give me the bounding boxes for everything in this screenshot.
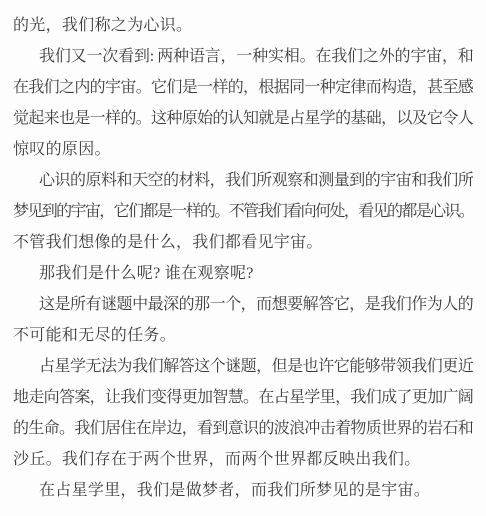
text-line: 惊叹的原因。: [13, 134, 473, 165]
text-line: 在占星学里，我们是做梦者，而我们所梦见的是宇宙。: [13, 475, 473, 506]
text-line: 占星学无法为我们解答这个谜题，但是也许它能够带领我们更近: [13, 351, 473, 382]
text-line: 不管我们想像的是什么，我们都看见宇宙。: [13, 227, 473, 258]
text-line: 地走向答案，让我们变得更加智慧。在占星学里，我们成了更加广阔: [13, 382, 473, 413]
text-line: 在我们之内的宇宙。它们是一样的，根据同一种定律而构造，甚至感: [13, 72, 473, 103]
text-line: 沙丘。我们存在于两个世界，而两个世界都反映出我们。: [13, 444, 473, 475]
text-line: 不可能和无尽的任务。: [13, 320, 473, 351]
text-line: 这是所有谜题中最深的那一个，而想要解答它，是我们作为人的: [13, 289, 473, 320]
text-line: 的光，我们称之为心识。: [13, 10, 473, 41]
text-line: 心识的原料和天空的材料，我们所观察和测量到的宇宙和我们所: [13, 165, 473, 196]
text-line: 觉起来也是一样的。这种原始的认知就是占星学的基础，以及它令人: [13, 103, 473, 134]
text-line: 那我们是什么呢? 谁在观察呢?: [13, 258, 473, 289]
document-page: 的光，我们称之为心识。 我们又一次看到: 两种语言，一种实相。在我们之外的宇宙，…: [0, 0, 486, 516]
text-line: 的生命。我们居住在岸边，看到意识的波浪冲击着物质世界的岩石和: [13, 413, 473, 444]
text-line: 我们又一次看到: 两种语言，一种实相。在我们之外的宇宙，和: [13, 41, 473, 72]
text-line: 梦见到的宇宙，它们都是一样的。不管我们看向何处，看见的都是心识。: [13, 196, 473, 227]
